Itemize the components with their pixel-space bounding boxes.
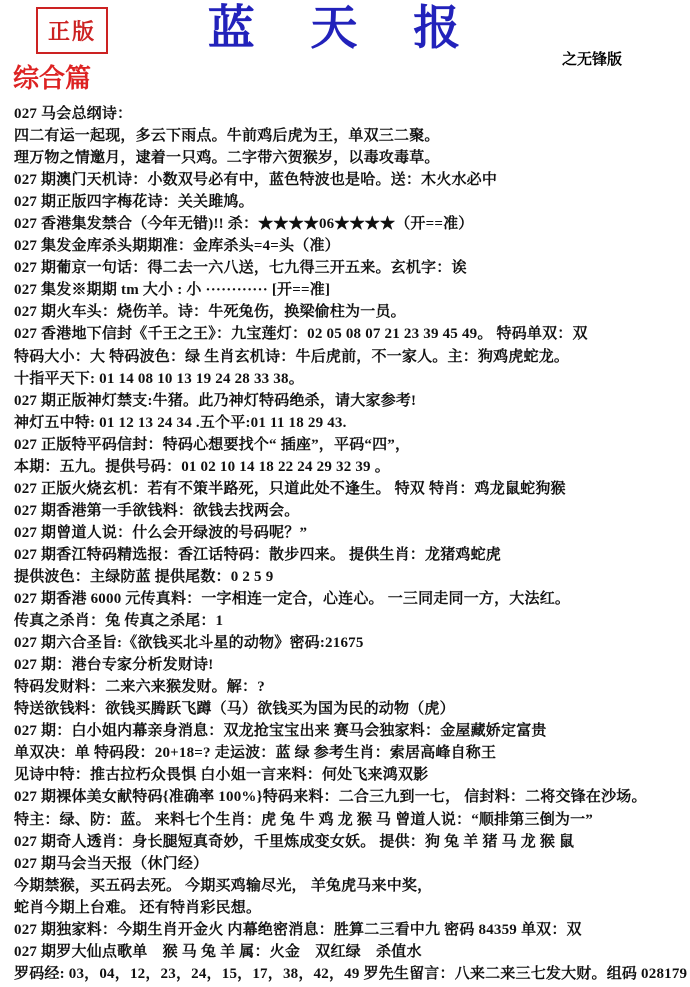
report-line: 理万物之情邀月，逮着一只鸡。二字带六贺猴岁，以毒攻毒草。 bbox=[14, 147, 688, 169]
report-line: 027 正版火烧玄机：若有不策半路死，只道此处不逢生。 特双 特肖：鸡龙鼠蛇狗猴 bbox=[14, 478, 688, 500]
report-line: 提供波色：主绿防蓝 提供尾数：0 2 5 9 bbox=[14, 566, 688, 588]
report-line: 027 期正版四字梅花诗：关关雎鸠。 bbox=[14, 191, 688, 213]
report-line: 027 正版特平码信封：特码心想要找个“ 插座”，平码“四”， bbox=[14, 434, 688, 456]
report-line: 神灯五中特: 01 12 13 24 34 .五个平:01 11 18 29 4… bbox=[14, 412, 688, 434]
report-line: 本期：五九。提供号码：01 02 10 14 18 22 24 29 32 39… bbox=[14, 456, 688, 478]
report-line: 蛇肖今期上台难。 还有特肖彩民想。 bbox=[14, 897, 688, 919]
report-line: 特码大小：大 特码波色：绿 生肖玄机诗：牛后虎前，不一家人。主：狗鸡虎蛇龙。 bbox=[14, 346, 688, 368]
report-line: 四二有运一起现，多云下雨点。牛前鸡后虎为王，单双三二聚。 bbox=[14, 125, 688, 147]
report-line: 027 期罗大仙点歌单 猴 马 兔 羊 属：火金 双红绿 杀值水 bbox=[14, 941, 688, 963]
report-body: 027 马会总纲诗：四二有运一起现，多云下雨点。牛前鸡后虎为王，单双三二聚。理万… bbox=[14, 103, 688, 985]
report-line: 027 期正版神灯禁支:牛猪。此乃神灯特码绝杀，请大家参考! bbox=[14, 390, 688, 412]
report-line: 十指平天下: 01 14 08 10 13 19 24 28 33 38。 bbox=[14, 368, 688, 390]
report-line: 027 期裸体美女献特码{准确率 100%}特码来料：二合三九到一七， 信封料：… bbox=[14, 786, 688, 808]
report-line: 027 集发※期期 tm 大小 : 小 ············ [开==准] bbox=[14, 279, 688, 301]
report-line: 027 期葡京一句话：得二去一六八送，七九得三开五来。玄机字：诶 bbox=[14, 257, 688, 279]
report-line: 特主：绿、防：蓝。 来料七个生肖：虎 兔 牛 鸡 龙 猴 马 曾道人说：“顺排第… bbox=[14, 809, 688, 831]
report-line: 027 期奇人透肖：身长腿短真奇妙，千里炼成变女妖。 提供：狗 兔 羊 猪 马 … bbox=[14, 831, 688, 853]
report-line: 027 期：白小姐内幕亲身消息：双龙抢宝宝出来 赛马会独家料：金屋藏娇定富贵 bbox=[14, 720, 688, 742]
report-line: 罗码经: 03，04，12，23，24，15，17，38，42，49 罗先生留言… bbox=[14, 963, 688, 985]
report-line: 特码发财料：二来六来猴发财。解：? bbox=[14, 676, 688, 698]
edition-label: 之无锋版 bbox=[562, 48, 622, 69]
section-title: 综合篇 bbox=[13, 58, 91, 95]
report-line: 传真之杀肖：兔 传真之杀尾：1 bbox=[14, 610, 688, 632]
report-line: 见诗中特：推古拉朽众畏惧 白小姐一言来料：何处飞来鸿双影 bbox=[14, 764, 688, 786]
report-line: 027 期香港 6000 元传真料：一字相连一定合，心连心。 一三同走同一方，大… bbox=[14, 588, 688, 610]
report-line: 027 香港集发禁合（今年无错)!! 杀：★★★★06★★★★（开==准） bbox=[14, 213, 688, 235]
report-line: 027 期独家料：今期生肖开金火 内幕绝密消息：胜算二三看中九 密码 84359… bbox=[14, 919, 688, 941]
report-line: 027 马会总纲诗： bbox=[14, 103, 688, 125]
report-line: 027 期澳门天机诗：小数双号必有中，蓝色特波也是哈。送：木火水必中 bbox=[14, 169, 688, 191]
report-line: 027 期六合圣旨:《欲钱买北斗星的动物》密码:21675 bbox=[14, 632, 688, 654]
report-line: 027 香港地下信封《千王之王》：九宝莲灯：02 05 08 07 21 23 … bbox=[14, 323, 688, 345]
report-line: 027 期马会当天报（休门经） bbox=[14, 853, 688, 875]
report-line: 027 期曾道人说：什么会开绿波的号码呢？” bbox=[14, 522, 688, 544]
report-line: 单双决：单 特码段：20+18=? 走运波：蓝 绿 参考生肖：索居高峰自称王 bbox=[14, 742, 688, 764]
report-header: 正版 蓝 天 报 之无锋版 综合篇 bbox=[0, 0, 690, 104]
report-line: 027 集发金库杀头期期准：金库杀头=4=头（准） bbox=[14, 235, 688, 257]
report-line: 今期禁猴，买五码去死。 今期买鸡输尽光， 羊兔虎马来中奖， bbox=[14, 875, 688, 897]
report-line: 027 期香江特码精选报：香江话特码：散步四来。 提供生肖：龙猪鸡蛇虎 bbox=[14, 544, 688, 566]
report-line: 027 期火车头：烧伤羊。诗：牛死兔伤，换梁偷柱为一员。 bbox=[14, 301, 688, 323]
report-line: 特送欲钱料：欲钱买腾跃飞蹲（马）欲钱买为国为民的动物（虎） bbox=[14, 698, 688, 720]
report-line: 027 期：港台专家分析发财诗! bbox=[14, 654, 688, 676]
report-line: 027 期香港第一手欲钱料：欲钱去找两会。 bbox=[14, 500, 688, 522]
